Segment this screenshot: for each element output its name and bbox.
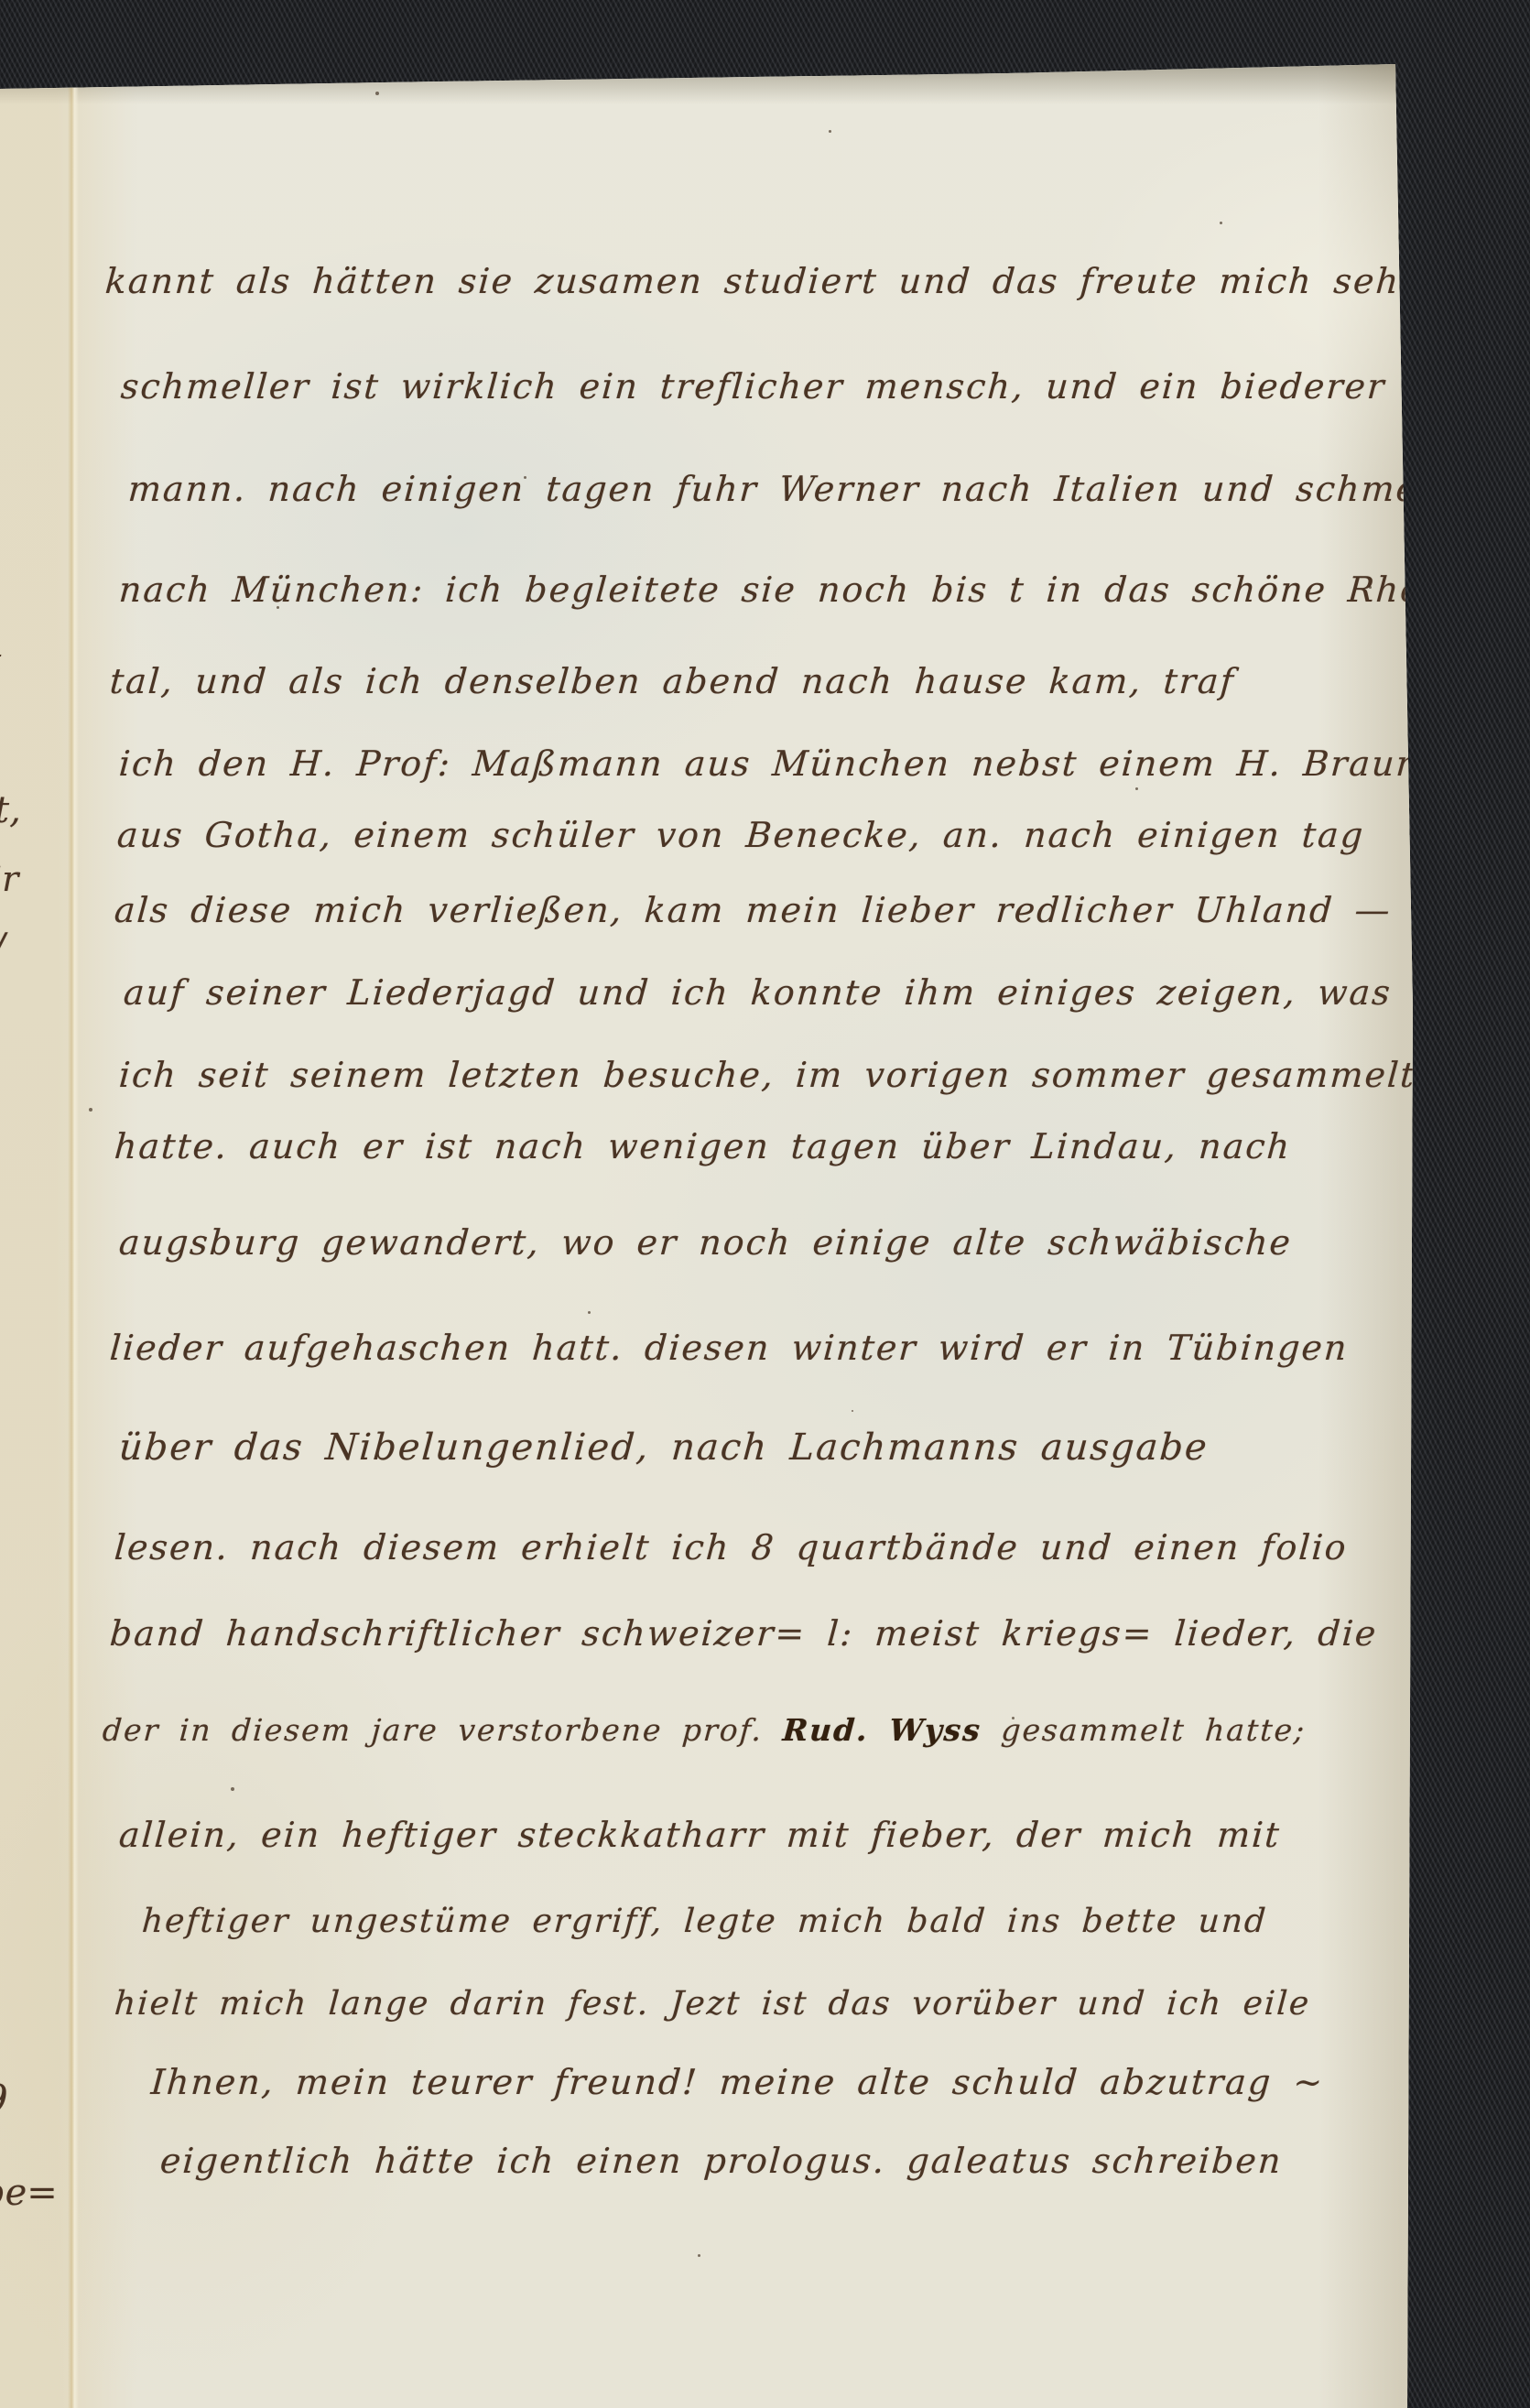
handwritten-line: tal, und als ich denselben abend nach ha…: [108, 661, 1236, 701]
ink-speck: [1012, 1717, 1015, 1719]
handwritten-line: über das Nibelungenlied, nach Lachmanns …: [117, 1426, 1210, 1469]
ink-speck: [1369, 586, 1372, 589]
handwritten-line: ich den H. Prof: Maßmann aus München neb…: [117, 743, 1421, 784]
handwritten-line: der in diesem jare verstorbene prof. Rud…: [102, 1712, 1308, 1748]
letter-page: kannt als hätten sie zusamen studiert un…: [0, 0, 1530, 2408]
bold-ink-text: Rud. Wyss: [782, 1712, 983, 1748]
fold-crease: [68, 81, 79, 2408]
ink-speck: [588, 1311, 591, 1314]
handwritten-line: als diese mich verließen, kam mein liebe…: [113, 890, 1393, 930]
handwritten-line: band handschriftlicher schweizer= l: mei…: [108, 1613, 1378, 1654]
handwritten-line: schmeller ist wirklich ein treflicher me…: [119, 366, 1386, 407]
ink-text: gesammelt hatte;: [981, 1712, 1308, 1748]
handwritten-line: mann. nach einigen tagen fuhr Werner nac…: [126, 469, 1486, 509]
ink-speck: [829, 130, 831, 133]
margin-fragment: ir: [0, 859, 18, 899]
handwritten-line: lesen. nach diesem erhielt ich 8 quartbä…: [113, 1527, 1349, 1567]
ink-text: der in diesem jare verstorbene prof.: [102, 1712, 785, 1748]
ink-speck: [698, 2254, 700, 2257]
ink-speck: [277, 606, 279, 609]
handwritten-line: hielt mich lange darin fest. Jezt ist da…: [114, 1985, 1312, 2023]
margin-fragment: be=: [0, 2172, 58, 2214]
ink-speck: [1220, 222, 1222, 224]
ink-speck: [89, 1108, 92, 1112]
margin-fragment: 9: [0, 2077, 8, 2121]
ink-speck: [1135, 787, 1138, 790]
handwritten-line: lieder aufgehaschen hatt. diesen winter …: [108, 1328, 1350, 1368]
handwritten-line: aus Gotha, einem schüler von Benecke, an…: [115, 815, 1365, 855]
handwritten-line: ich seit seinem letzten besuche, im vori…: [117, 1055, 1417, 1095]
handwritten-line: nach München: ich begleitete sie noch bi…: [117, 569, 1492, 610]
margin-fragment: /: [0, 927, 5, 969]
ink-speck: [524, 476, 526, 479]
margin-fragment: t: [0, 641, 1, 681]
handwritten-line: augsburg gewandert, wo er noch einige al…: [117, 1222, 1293, 1263]
handwritten-line: Ihnen, mein teurer freund! meine alte sc…: [149, 2062, 1325, 2102]
handwritten-line: auf seiner Liederjagd und ich konnte ihm…: [122, 972, 1393, 1013]
ink-speck: [231, 1787, 234, 1791]
handwritten-line: eigentlich hätte ich einen prologus. gal…: [158, 2141, 1284, 2181]
ink-speck: [852, 1410, 853, 1412]
margin-fragment: t,: [0, 789, 21, 831]
handwritten-line: heftiger ungestüme ergriff, legte mich b…: [141, 1903, 1269, 1940]
handwritten-line: kannt als hätten sie zusamen studiert un…: [103, 261, 1525, 301]
handwritten-line: allein, ein heftiger steckkatharr mit fi…: [117, 1815, 1282, 1855]
ink-speck: [375, 92, 379, 95]
handwritten-line: hatte. auch er ist nach wenigen tagen üb…: [113, 1126, 1292, 1166]
